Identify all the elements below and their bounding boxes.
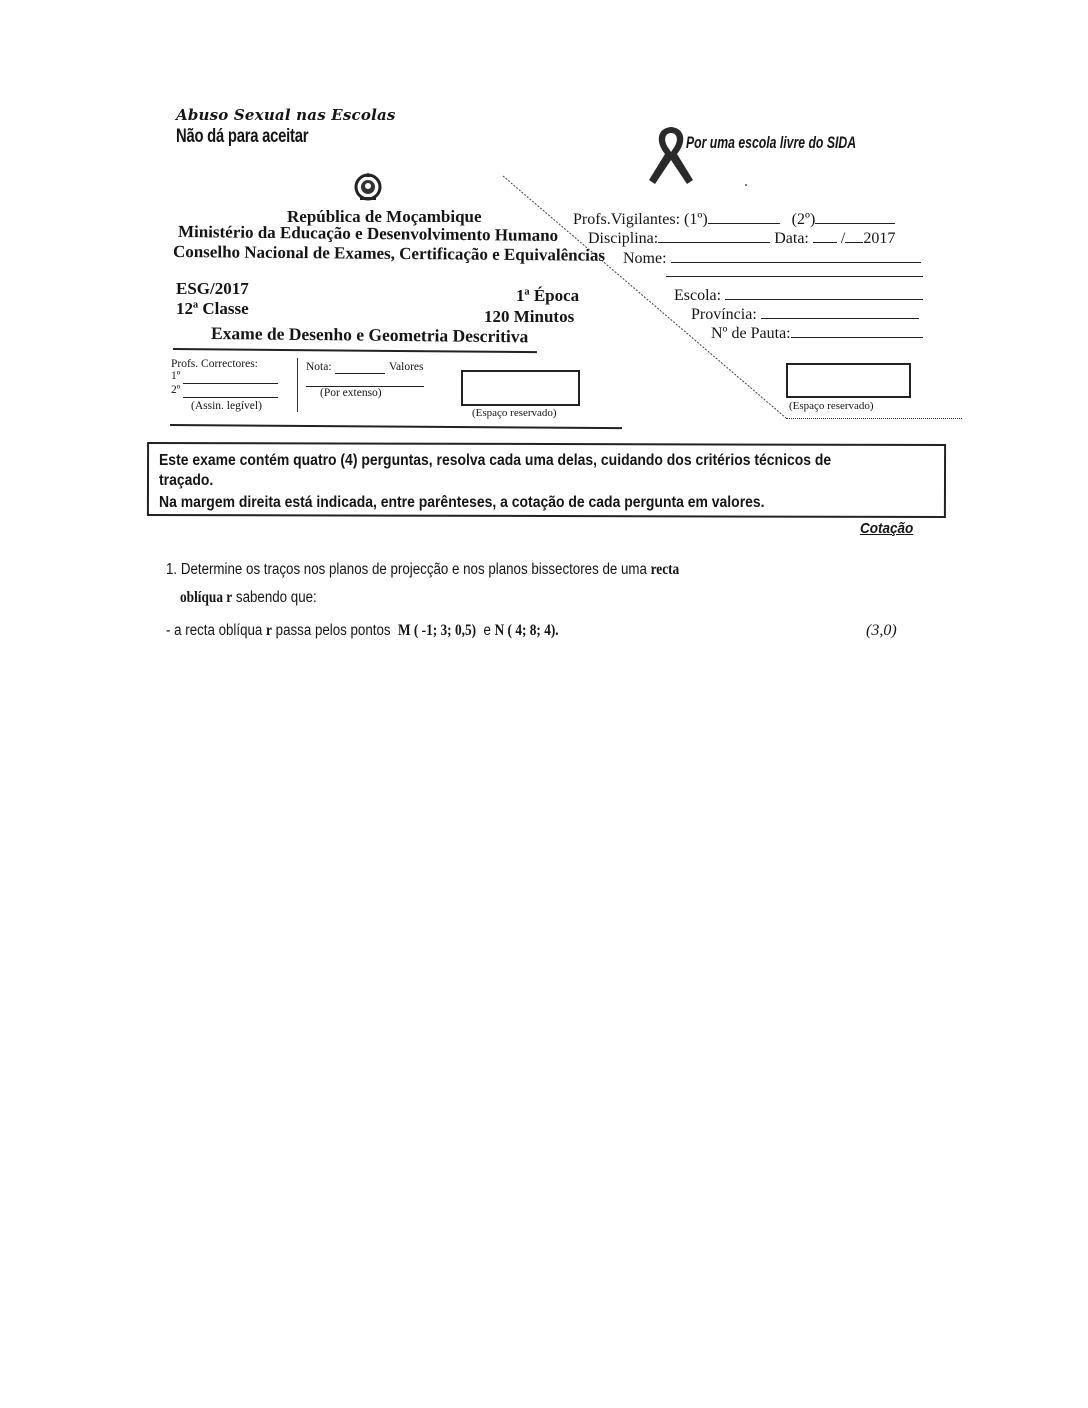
dotted-cut-line <box>786 418 962 419</box>
provincia-field: Província: <box>691 304 919 324</box>
corrector-2-label: 2º <box>171 384 180 396</box>
score-column-header: Cotação <box>860 520 913 537</box>
instruction-line: Este exame contém quatro (4) perguntas, … <box>159 452 831 470</box>
pauta-label: Nº de Pauta: <box>711 325 791 342</box>
provincia-label: Província: <box>691 306 757 323</box>
question-number: 1. <box>166 561 177 578</box>
exam-grade: 12ª Classe <box>176 299 249 319</box>
slogan-not-acceptable: Não dá para aceitar <box>176 126 308 148</box>
exam-code: ESG/2017 <box>176 279 249 299</box>
vigilantes-field: Profs.Vigilantes: (1º) (2º) <box>573 209 895 229</box>
extenso-label: (Por extenso) <box>320 387 382 399</box>
reserved-space-label-right: (Espaço reservado) <box>789 400 874 412</box>
vigilantes-2-label: (2º) <box>792 211 816 228</box>
reserved-space-box-right <box>786 363 911 398</box>
pauta-field: Nº de Pauta: <box>711 323 923 343</box>
provincia-input[interactable] <box>761 304 919 319</box>
question-1-score: (3,0) <box>866 622 897 640</box>
exam-title: Exame de Desenho e Geometria Descritiva <box>211 323 529 347</box>
vertical-separator <box>297 358 298 412</box>
question-text-bold: recta <box>651 561 680 578</box>
divider <box>173 348 537 353</box>
vigilante-2-input[interactable] <box>815 209 895 224</box>
question-text: sabendo que: <box>232 589 317 606</box>
scan-speck <box>745 184 747 186</box>
nota-label: Nota: <box>306 361 332 373</box>
valores-label: Valores <box>389 361 424 373</box>
escola-input[interactable] <box>725 285 923 300</box>
reserved-space-box-left <box>461 370 580 406</box>
escola-field: Escola: <box>674 285 923 305</box>
vigilantes-label: Profs.Vigilantes: (1º) <box>573 211 708 228</box>
question-1-condition: - a recta oblíqua r passa pelos pontos M… <box>166 622 559 640</box>
slogan-sida: Por uma escola livre do SIDA <box>686 133 856 153</box>
point-n: N ( 4; 8; 4). <box>495 622 559 639</box>
instruction-line: traçado. <box>159 472 213 490</box>
signature-note: (Assin. legível) <box>191 400 262 412</box>
date-month-input[interactable] <box>845 228 863 243</box>
condition-text: e <box>476 622 495 639</box>
data-label: Data: <box>774 230 809 247</box>
mozambique-emblem-icon <box>352 170 384 202</box>
corrector-1-input[interactable] <box>183 383 278 384</box>
nome-field: Nome: <box>623 248 921 268</box>
point-m: M ( -1; 3; 0,5) <box>398 622 476 639</box>
pauta-input[interactable] <box>791 323 923 338</box>
exam-duration: 120 Minutos <box>484 307 574 327</box>
disciplina-input[interactable] <box>658 228 770 243</box>
correctors-label: Profs. Correctores: <box>171 358 258 370</box>
nome-input-line-2[interactable] <box>666 276 923 277</box>
date-year: 2017 <box>863 230 895 247</box>
disciplina-label: Disciplina: <box>588 230 658 247</box>
nota-input[interactable] <box>335 373 385 374</box>
corrector-2-input[interactable] <box>183 397 278 398</box>
instruction-line: Na margem direita está indicada, entre p… <box>159 494 765 512</box>
exam-season: 1ª Época <box>516 286 579 306</box>
divider <box>170 424 622 429</box>
council-name: Conselho Nacional de Exames, Certificaçã… <box>173 242 605 266</box>
slogan-abuse: Abuso Sexual nas Escolas <box>176 106 396 124</box>
condition-text: passa pelos pontos <box>272 622 398 639</box>
corrector-1-label: 1º <box>171 370 180 382</box>
question-1-line-1: 1. Determine os traços nos planos de pro… <box>166 561 679 579</box>
vigilante-1-input[interactable] <box>708 209 780 224</box>
question-text-bold: oblíqua r <box>180 589 232 606</box>
escola-label: Escola: <box>674 287 721 304</box>
question-1-line-2: oblíqua r sabendo que: <box>180 589 317 607</box>
disciplina-field: Disciplina: Data: /2017 <box>588 228 895 248</box>
condition-text: - a recta oblíqua <box>166 622 266 639</box>
question-text: Determine os traços nos planos de projec… <box>181 561 651 578</box>
date-day-input[interactable] <box>813 228 837 243</box>
diagonal-cut-line <box>0 0 1088 1408</box>
reserved-space-label-left: (Espaço reservado) <box>472 407 557 419</box>
nome-label: Nome: <box>623 250 667 267</box>
nome-input[interactable] <box>671 248 921 263</box>
